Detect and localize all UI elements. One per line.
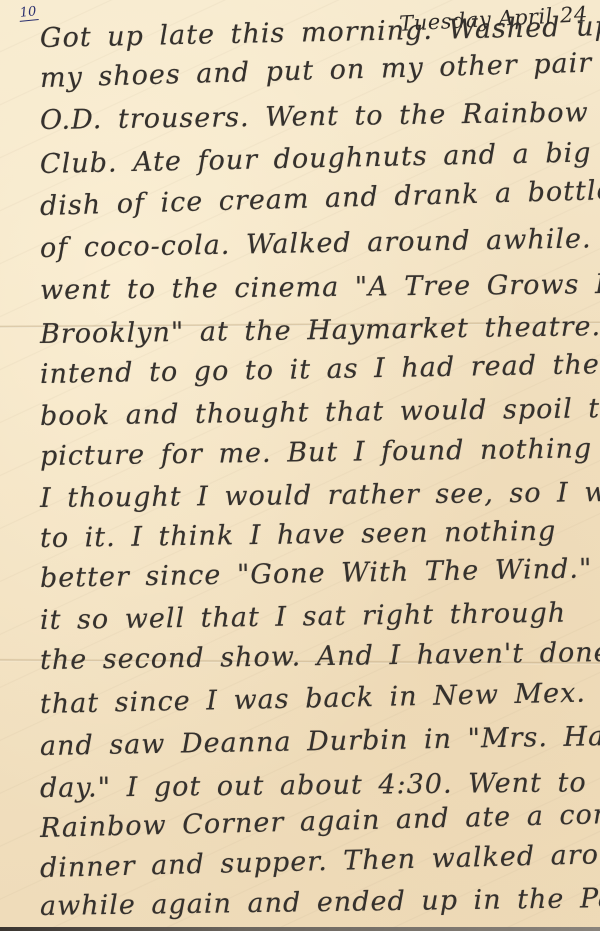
handwritten-line: it so well that I sat right through xyxy=(40,596,595,638)
handwritten-line: I thought I would rather see, so I went xyxy=(40,476,595,516)
handwritten-line: intend to go to it as I had read the xyxy=(40,348,596,392)
handwritten-line: better since "Gone With The Wind." I lik… xyxy=(40,552,596,596)
letter-page: 10 Tuesday April 24 Got up late this mor… xyxy=(0,0,600,931)
handwritten-line: Brooklyn" at the Haymarket theatre. I di… xyxy=(40,310,595,352)
paper-bottom-edge xyxy=(0,927,600,931)
handwritten-line: awhile again and ended up in the Palace xyxy=(40,882,595,924)
handwritten-line: Rainbow Corner again and ate a combined xyxy=(40,798,596,846)
handwritten-line: O.D. trousers. Went to the Rainbow Corne… xyxy=(40,96,595,138)
handwritten-line: went to the cinema "A Tree Grows In xyxy=(40,268,595,308)
handwritten-line: that since I was back in New Mex. xyxy=(40,676,596,722)
handwritten-line: and saw Deanna Durbin in "Mrs. Halli- xyxy=(40,720,596,764)
handwritten-line: of coco-cola. Walked around awhile. Then xyxy=(40,222,596,266)
handwritten-line: dinner and supper. Then walked around xyxy=(40,838,596,886)
handwritten-line: to it. I think I have seen nothing xyxy=(40,514,595,556)
handwritten-line: dish of ice cream and drank a bottle xyxy=(40,175,596,224)
letter-body: Got up late this morning. Washed up. Shi… xyxy=(0,0,600,931)
handwritten-line: book and thought that would spoil the xyxy=(40,392,595,434)
handwritten-line: the second show. And I haven't done xyxy=(40,636,595,678)
handwritten-line: Club. Ate four doughnuts and a big xyxy=(40,136,596,182)
handwritten-line: picture for me. But I found nothing xyxy=(40,432,595,474)
